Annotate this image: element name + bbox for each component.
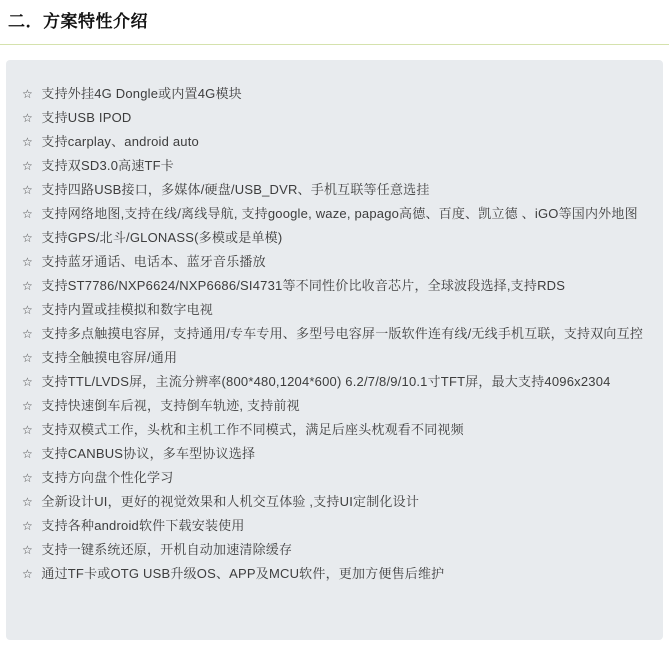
feature-text: 支持蓝牙通话、电话本、蓝牙音乐播放: [41, 254, 265, 269]
feature-text: 支持双SD3.0高速TF卡: [41, 158, 174, 173]
feature-text: 支持四路USB接口，多媒体/硬盘/USB_DVR、手机互联等任意选挂: [41, 182, 429, 197]
star-icon: ☆: [22, 538, 33, 562]
feature-text: 支持TTL/LVDS屏，主流分辨率(800*480,1204*600) 6.2/…: [41, 374, 610, 389]
star-icon: ☆: [22, 250, 33, 274]
feature-item: ☆ 支持TTL/LVDS屏，主流分辨率(800*480,1204*600) 6.…: [22, 370, 649, 394]
feature-item: ☆ 支持双模式工作，头枕和主机工作不同模式，满足后座头枕观看不同视频: [22, 418, 649, 442]
feature-item: ☆ 支持内置或挂模拟和数字电视: [22, 298, 649, 322]
feature-item: ☆ 通过TF卡或OTG USB升级OS、APP及MCU软件，更加方便售后维护: [22, 562, 649, 586]
star-icon: ☆: [22, 370, 33, 394]
star-icon: ☆: [22, 130, 33, 154]
feature-item: ☆ 支持全触摸电容屏/通用: [22, 346, 649, 370]
star-icon: ☆: [22, 106, 33, 130]
feature-item: ☆ 支持四路USB接口，多媒体/硬盘/USB_DVR、手机互联等任意选挂: [22, 178, 649, 202]
feature-text: 全新设计UI，更好的视觉效果和人机交互体验 ,支持UI定制化设计: [41, 494, 419, 509]
star-icon: ☆: [22, 178, 33, 202]
feature-text: 支持全触摸电容屏/通用: [41, 350, 177, 365]
feature-item: ☆ 支持快速倒车后视，支持倒车轨迹, 支持前视: [22, 394, 649, 418]
star-icon: ☆: [22, 394, 33, 418]
star-icon: ☆: [22, 298, 33, 322]
features-panel: ☆ 支持外挂4G Dongle或内置4G模块 ☆ 支持USB IPOD ☆ 支持…: [6, 60, 663, 640]
page: 二．方案特性介绍 ☆ 支持外挂4G Dongle或内置4G模块 ☆ 支持USB …: [0, 0, 669, 647]
feature-item: ☆ 支持一键系统还原，开机自动加速清除缓存: [22, 538, 649, 562]
feature-item: ☆ 支持蓝牙通话、电话本、蓝牙音乐播放: [22, 250, 649, 274]
feature-text: 支持一键系统还原，开机自动加速清除缓存: [41, 542, 292, 557]
star-icon: ☆: [22, 490, 33, 514]
title-divider: [0, 44, 669, 45]
feature-text: 支持内置或挂模拟和数字电视: [41, 302, 213, 317]
feature-text: 支持方向盘个性化学习: [41, 470, 173, 485]
section-title: 二．方案特性介绍: [0, 0, 669, 33]
star-icon: ☆: [22, 346, 33, 370]
feature-text: 支持CANBUS协议，多车型协议选择: [41, 446, 255, 461]
feature-text: 支持ST7786/NXP6624/NXP6686/SI4731等不同性价比收音芯…: [41, 278, 565, 293]
feature-item: ☆ 支持网络地图,支持在线/离线导航, 支持google, waze, papa…: [22, 202, 649, 226]
star-icon: ☆: [22, 418, 33, 442]
feature-text: 通过TF卡或OTG USB升级OS、APP及MCU软件，更加方便售后维护: [41, 566, 444, 581]
feature-item: ☆ 支持各种android软件下载安装使用: [22, 514, 649, 538]
feature-item: ☆ 支持GPS/北斗/GLONASS(多模或是单模): [22, 226, 649, 250]
star-icon: ☆: [22, 274, 33, 298]
feature-item: ☆ 支持多点触摸电容屏，支持通用/专车专用、多型号电容屏一版软件连有线/无线手机…: [22, 322, 649, 346]
feature-text: 支持多点触摸电容屏，支持通用/专车专用、多型号电容屏一版软件连有线/无线手机互联…: [41, 326, 643, 341]
feature-item: ☆ 支持ST7786/NXP6624/NXP6686/SI4731等不同性价比收…: [22, 274, 649, 298]
star-icon: ☆: [22, 466, 33, 490]
feature-item: ☆ 支持方向盘个性化学习: [22, 466, 649, 490]
feature-item: ☆ 支持双SD3.0高速TF卡: [22, 154, 649, 178]
feature-text: 支持carplay、android auto: [41, 134, 199, 149]
star-icon: ☆: [22, 562, 33, 586]
feature-text: 支持双模式工作，头枕和主机工作不同模式，满足后座头枕观看不同视频: [41, 422, 463, 437]
feature-text: 支持各种android软件下载安装使用: [41, 518, 244, 533]
feature-text: 支持GPS/北斗/GLONASS(多模或是单模): [41, 230, 282, 245]
feature-text: 支持外挂4G Dongle或内置4G模块: [41, 86, 242, 101]
star-icon: ☆: [22, 442, 33, 466]
feature-text: 支持USB IPOD: [41, 110, 131, 125]
feature-item: ☆ 支持carplay、android auto: [22, 130, 649, 154]
star-icon: ☆: [22, 226, 33, 250]
feature-item: ☆ 支持外挂4G Dongle或内置4G模块: [22, 82, 649, 106]
feature-text: 支持网络地图,支持在线/离线导航, 支持google, waze, papago…: [41, 206, 637, 221]
feature-item: ☆ 支持CANBUS协议，多车型协议选择: [22, 442, 649, 466]
feature-item: ☆ 支持USB IPOD: [22, 106, 649, 130]
star-icon: ☆: [22, 514, 33, 538]
feature-text: 支持快速倒车后视，支持倒车轨迹, 支持前视: [41, 398, 299, 413]
star-icon: ☆: [22, 202, 33, 226]
feature-item: ☆ 全新设计UI，更好的视觉效果和人机交互体验 ,支持UI定制化设计: [22, 490, 649, 514]
star-icon: ☆: [22, 82, 33, 106]
star-icon: ☆: [22, 322, 33, 346]
star-icon: ☆: [22, 154, 33, 178]
feature-list: ☆ 支持外挂4G Dongle或内置4G模块 ☆ 支持USB IPOD ☆ 支持…: [22, 82, 649, 586]
